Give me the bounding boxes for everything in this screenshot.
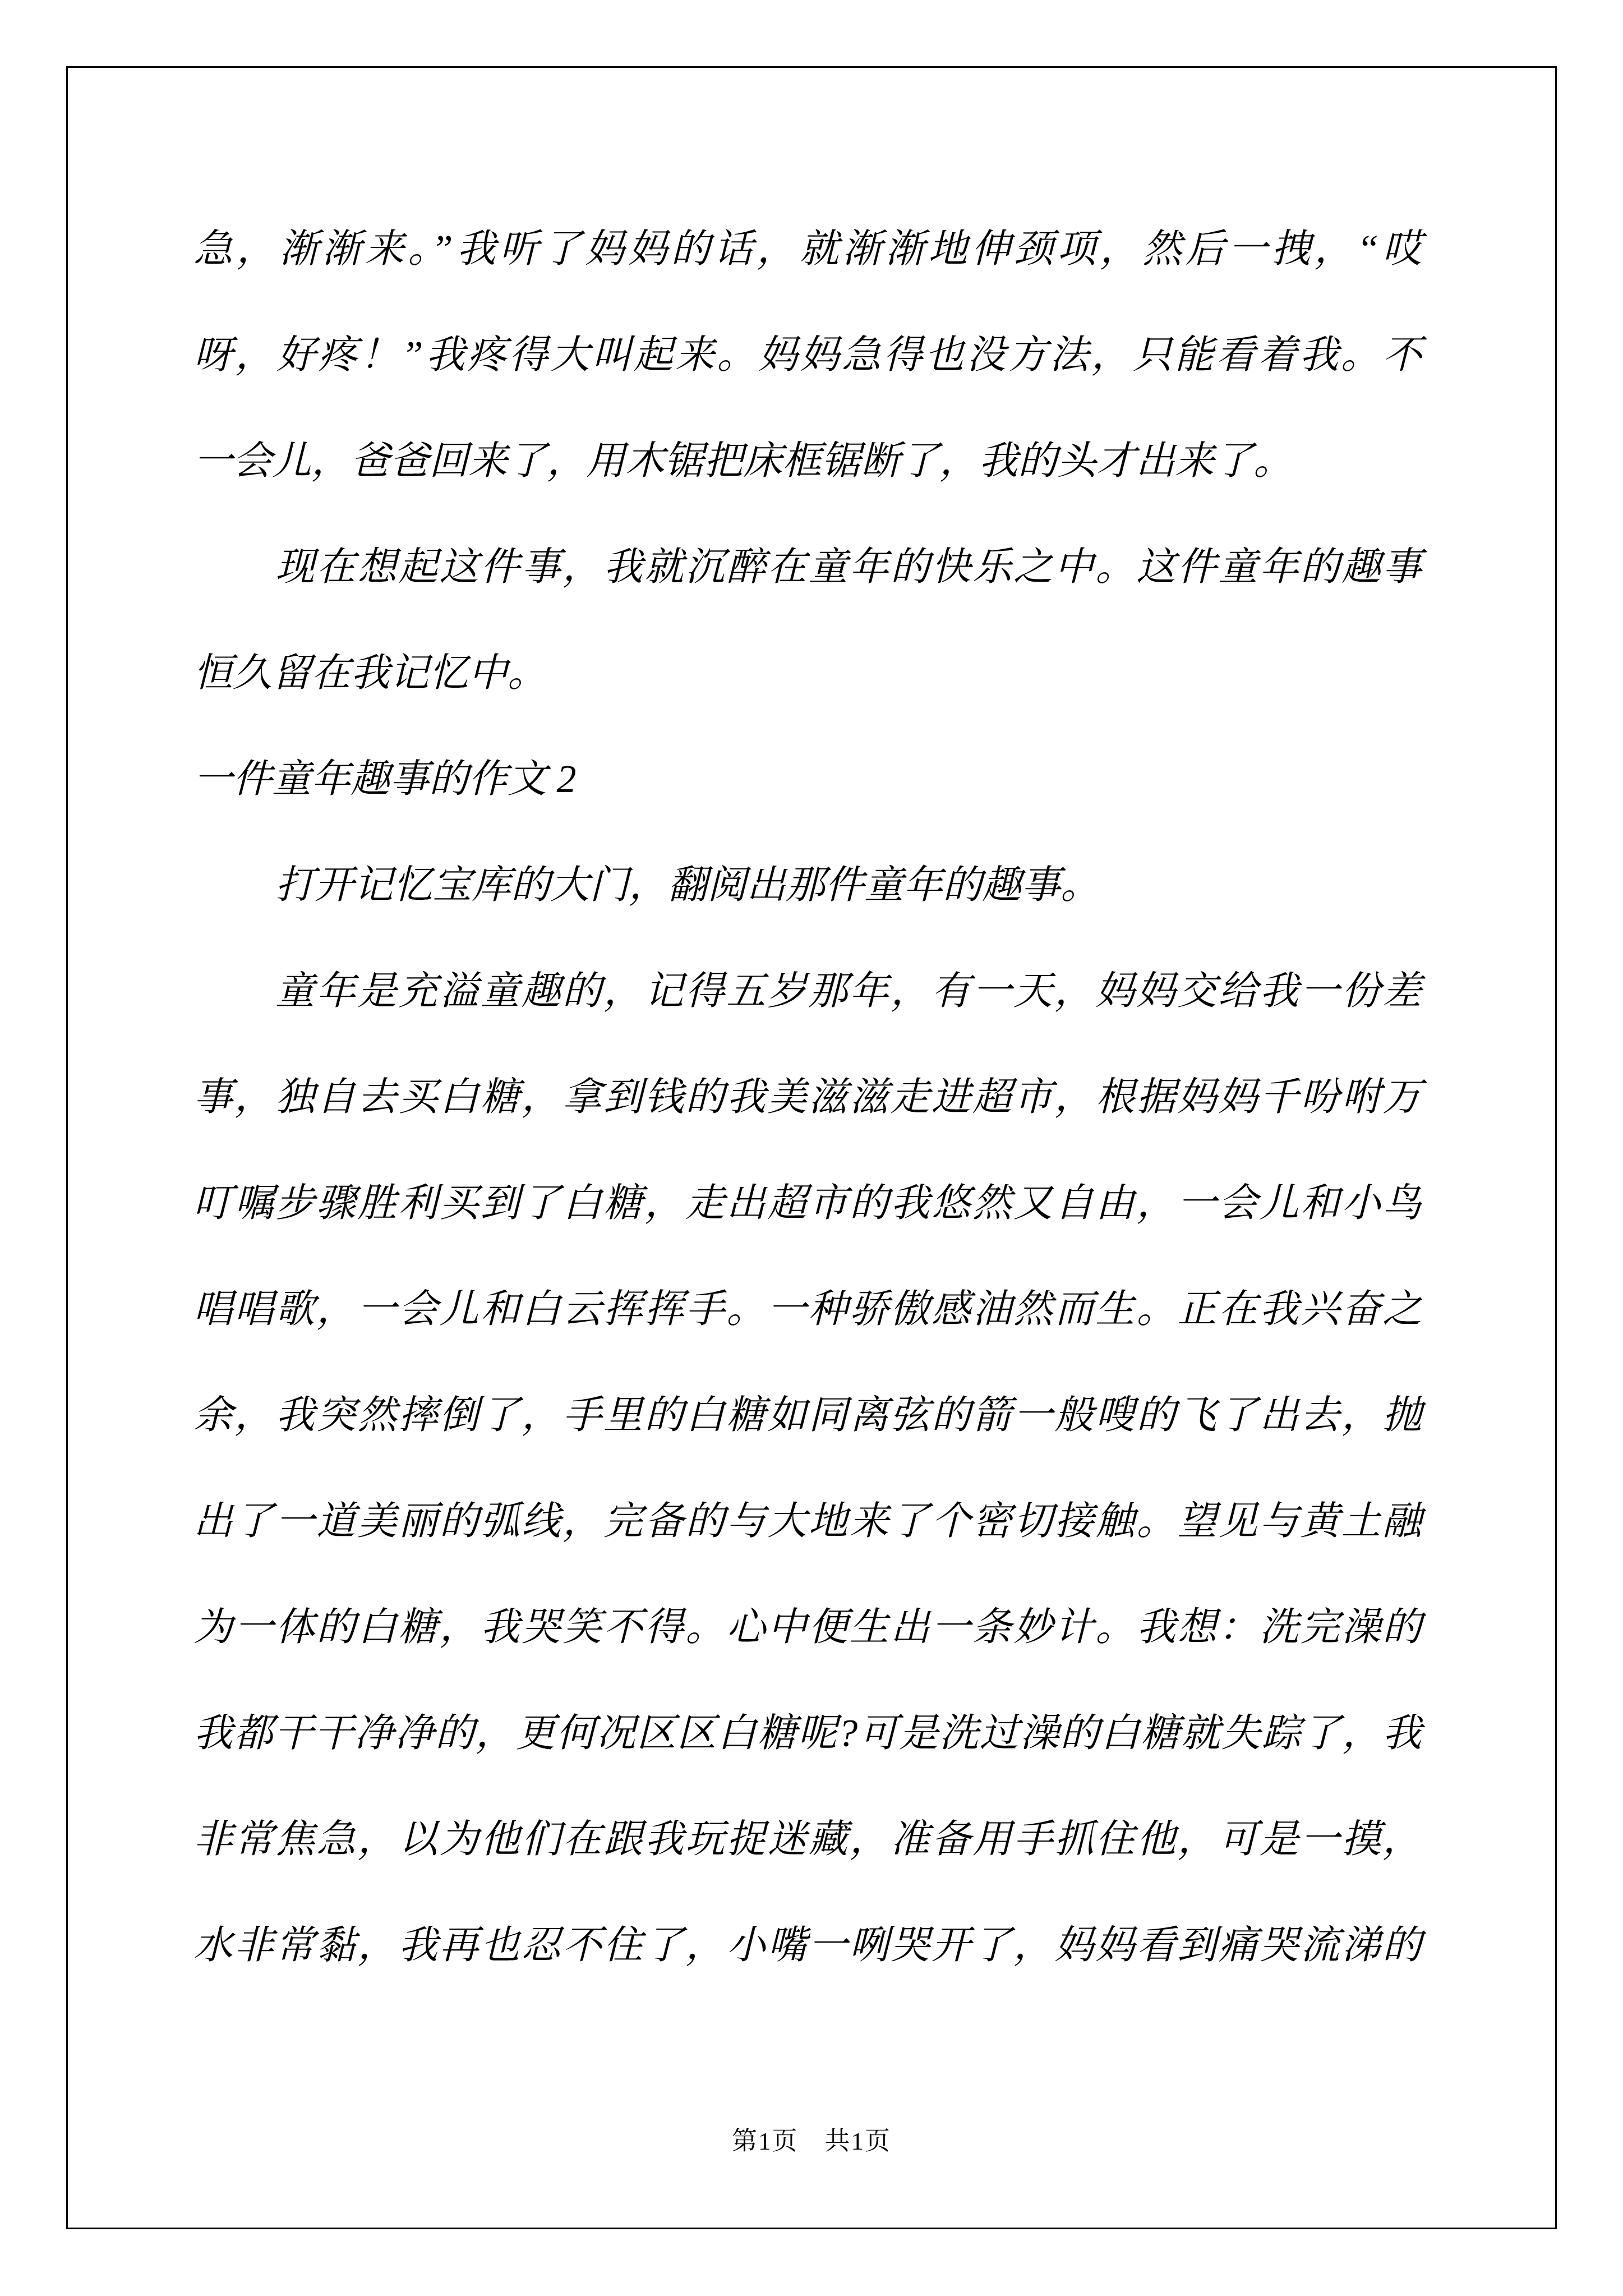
text-line-14: 为一体的白糖，我哭笑不得。心中便生出一条妙计。我想：洗完澡的 <box>193 1575 1422 1681</box>
essay-text-block: 急，渐渐来。”我听了妈妈的话，就渐渐地伸颈项，然后一拽，“哎 呀，好疼！”我疼得… <box>193 196 1422 1999</box>
text-line-10: 叮嘱步骤胜利买到了白糖，走出超市的我悠然又自由，一会儿和小鸟 <box>193 1151 1422 1257</box>
text-line-12: 余，我突然摔倒了，手里的白糖如同离弦的箭一般嗖的飞了出去，抛 <box>193 1363 1422 1469</box>
text-line-15: 我都干干净净的，更何况区区白糖呢?可是洗过澡的白糖就失踪了，我 <box>193 1681 1422 1787</box>
text-line-9: 事，独自去买白糖，拿到钱的我美滋滋走进超市，根据妈妈千吩咐万 <box>193 1045 1422 1151</box>
page-number-footer: 第1页 共1页 <box>0 2125 1623 2157</box>
essay-subtitle: 一件童年趣事的作文 2 <box>193 726 1422 832</box>
text-line-2: 呀，好疼！”我疼得大叫起来。妈妈急得也没方法，只能看着我。不 <box>193 302 1422 408</box>
text-line-1: 急，渐渐来。”我听了妈妈的话，就渐渐地伸颈项，然后一拽，“哎 <box>193 196 1422 302</box>
text-line-7: 打开记忆宝库的大门，翻阅出那件童年的趣事。 <box>193 832 1422 938</box>
document-page: 急，渐渐来。”我听了妈妈的话，就渐渐地伸颈项，然后一拽，“哎 呀，好疼！”我疼得… <box>0 0 1623 2296</box>
text-line-16: 非常焦急，以为他们在跟我玩捉迷藏，准备用手抓住他，可是一摸， <box>193 1787 1422 1893</box>
text-line-3: 一会儿，爸爸回来了，用木锯把床框锯断了，我的头才出来了。 <box>193 408 1422 514</box>
text-line-5: 恒久留在我记忆中。 <box>193 620 1422 726</box>
text-line-17: 水非常黏，我再也忍不住了，小嘴一咧哭开了，妈妈看到痛哭流涕的 <box>193 1893 1422 1999</box>
text-line-11: 唱唱歌，一会儿和白云挥挥手。一种骄傲感油然而生。正在我兴奋之 <box>193 1257 1422 1363</box>
text-line-13: 出了一道美丽的弧线，完备的与大地来了个密切接触。望见与黄土融 <box>193 1469 1422 1575</box>
text-line-8: 童年是充溢童趣的，记得五岁那年，有一天，妈妈交给我一份差 <box>193 938 1422 1045</box>
text-line-4: 现在想起这件事，我就沉醉在童年的快乐之中。这件童年的趣事 <box>193 514 1422 620</box>
